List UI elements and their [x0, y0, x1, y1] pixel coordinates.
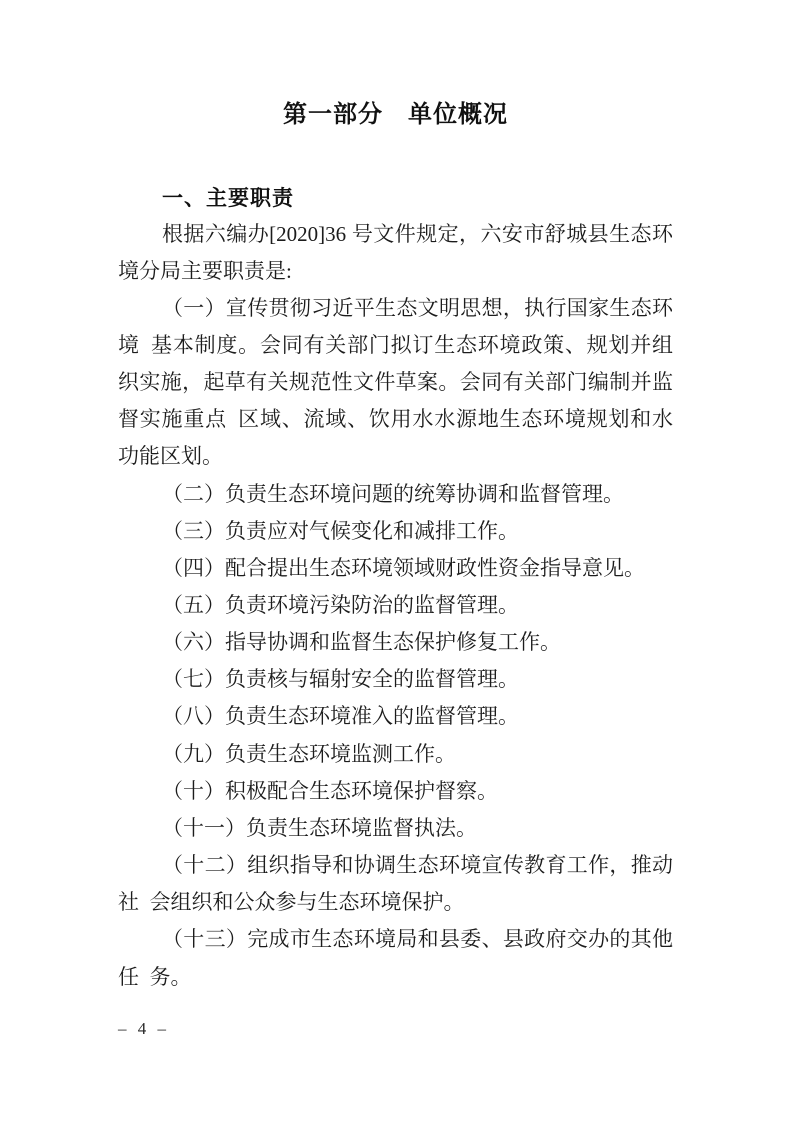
text-line: （四）配合提出生态环境领域财政性资金指导意见。	[118, 550, 673, 587]
text-line: （二）负责生态环境问题的统筹协调和监督管理。	[118, 476, 673, 513]
text-line: 任 务。	[118, 959, 673, 996]
text-line: （十三）完成市生态环境局和县委、县政府交办的其他	[118, 921, 673, 958]
text-line: 功能区划。	[118, 438, 673, 475]
text-line: （八）负责生态环境准入的监督管理。	[118, 698, 673, 735]
text-line: 境 基本制度。会同有关部门拟订生态环境政策、规划并组	[118, 327, 673, 364]
document-body: 根据六编办[2020]36 号文件规定，六安市舒城县生态环境分局主要职责是:（一…	[118, 0, 673, 1122]
text-line: 督实施重点 区域、流域、饮用水水源地生态环境规划和水	[118, 401, 673, 438]
document-page: 第一部分 单位概况 一、主要职责 根据六编办[2020]36 号文件规定，六安市…	[0, 0, 793, 1122]
text-line: （一）宣传贯彻习近平生态文明思想，执行国家生态环	[118, 290, 673, 327]
text-line: （九）负责生态环境监测工作。	[118, 736, 673, 773]
text-line: 境分局主要职责是:	[118, 253, 673, 290]
text-line: （三）负责应对气候变化和减排工作。	[118, 513, 673, 550]
text-line: （五）负责环境污染防治的监督管理。	[118, 587, 673, 624]
text-line: （六）指导协调和监督生态保护修复工作。	[118, 624, 673, 661]
text-line: 根据六编办[2020]36 号文件规定，六安市舒城县生态环	[118, 216, 673, 253]
text-line: 社 会组织和公众参与生态环境保护。	[118, 884, 673, 921]
text-line: （十二）组织指导和协调生态环境宣传教育工作，推动	[118, 847, 673, 884]
text-line: （七）负责核与辐射安全的监督管理。	[118, 661, 673, 698]
text-line: （十一）负责生态环境监督执法。	[118, 810, 673, 847]
page-number: – 4 –	[118, 1018, 166, 1040]
text-line: 织实施，起草有关规范性文件草案。会同有关部门编制并监	[118, 364, 673, 401]
text-line: （十）积极配合生态环境保护督察。	[118, 773, 673, 810]
